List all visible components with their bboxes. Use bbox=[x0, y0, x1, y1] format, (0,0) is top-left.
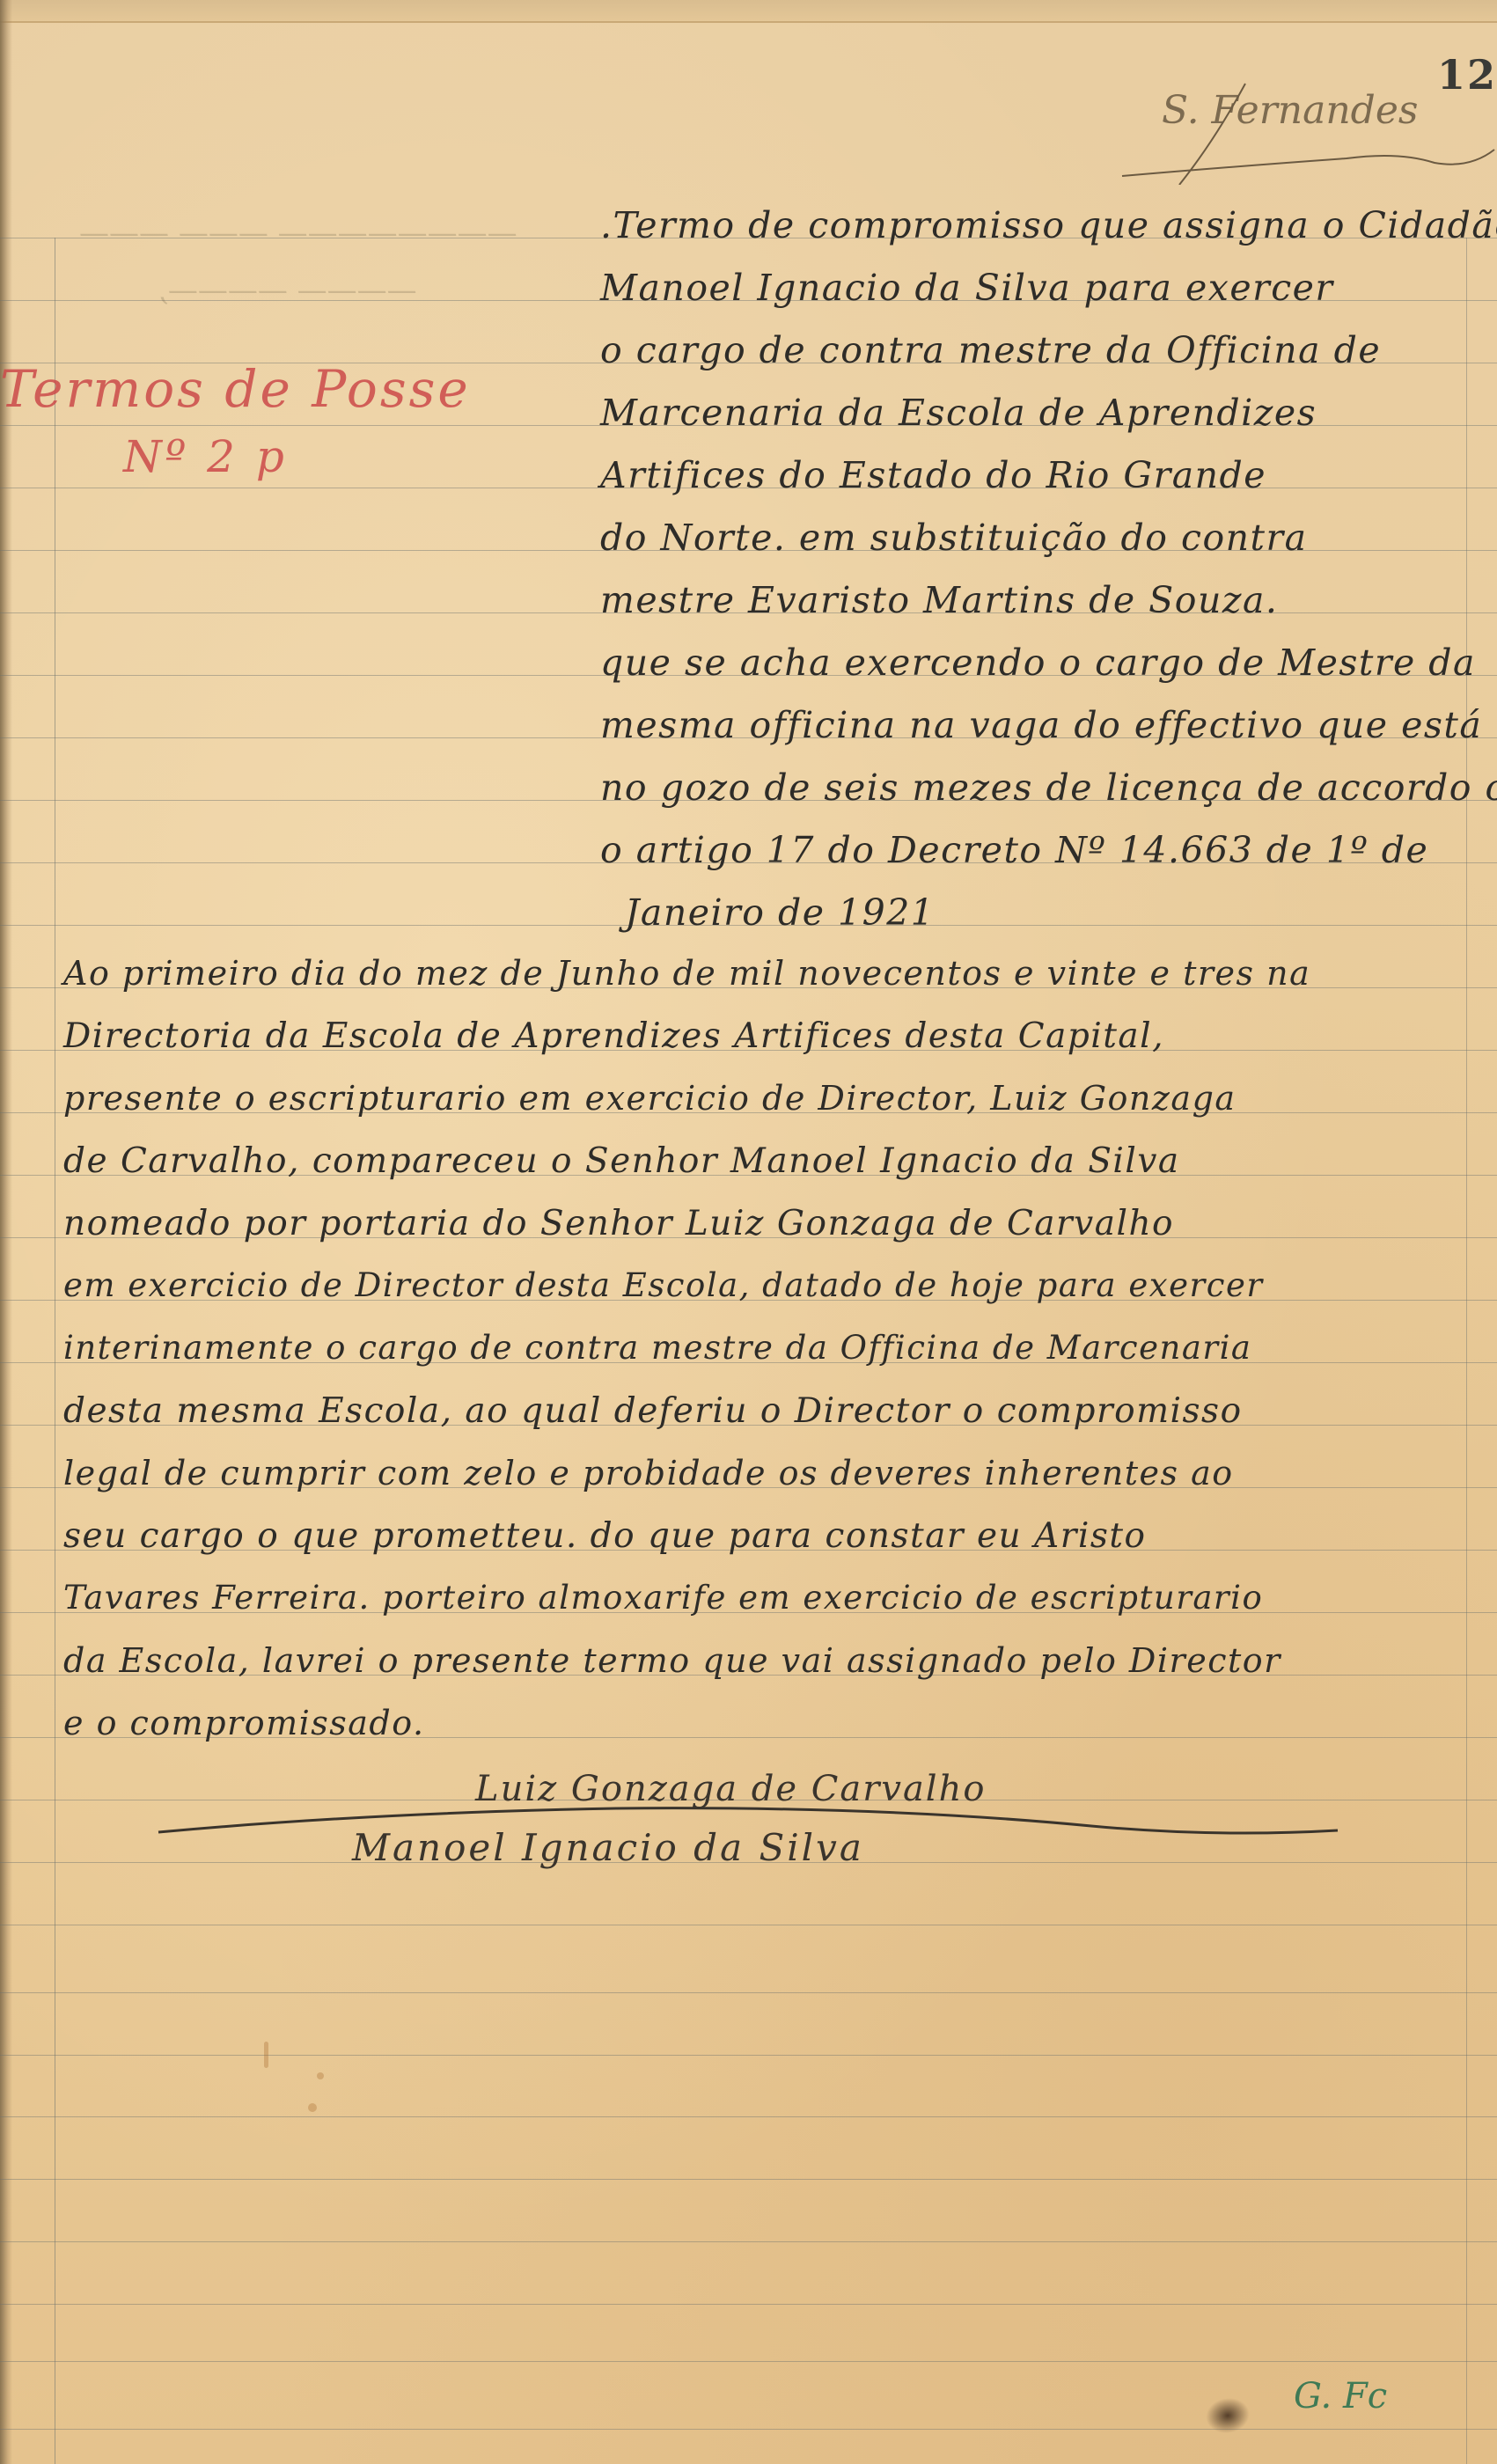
body-line: de Carvalho, compareceu o Senhor Manoel … bbox=[63, 1141, 1180, 1181]
body-line: Directoria da Escola de Aprendizes Artif… bbox=[63, 1016, 1164, 1056]
ruled-line bbox=[0, 2304, 1497, 2305]
ruled-line bbox=[0, 2055, 1497, 2056]
header-line: o artigo 17 do Decreto Nº 14.663 de 1º d… bbox=[600, 829, 1428, 871]
header-line: no gozo de seis mezes de licença de acco… bbox=[600, 766, 1497, 809]
right-margin-rule bbox=[1466, 238, 1467, 2464]
left-margin-rule bbox=[55, 238, 55, 2464]
body-line: seu cargo o que prometteu. do que para c… bbox=[63, 1516, 1146, 1556]
top-right-signature: S. Fernandes bbox=[1162, 88, 1418, 133]
ruled-line bbox=[0, 2179, 1497, 2180]
body-line: desta mesma Escola, ao qual deferiu o Di… bbox=[63, 1391, 1243, 1431]
header-line: Artifices do Estado do Rio Grande bbox=[600, 454, 1266, 496]
paper-stain bbox=[308, 2103, 317, 2112]
body-line: presente o escripturario em exercicio de… bbox=[63, 1079, 1236, 1118]
bottom-initials: G. Fc bbox=[1294, 2376, 1387, 2416]
header-line: que se acha exercendo o cargo de Mestre … bbox=[600, 642, 1476, 684]
header-line: Marcenaria da Escola de Aprendizes bbox=[600, 392, 1317, 434]
header-line: o cargo de contra mestre da Officina de bbox=[600, 329, 1381, 371]
director-signature: Luiz Gonzaga de Carvalho bbox=[475, 1769, 986, 1809]
margin-note-number: Nº 2 p bbox=[123, 431, 288, 482]
header-line: mesma officina na vaga do effectivo que … bbox=[600, 704, 1482, 746]
margin-note-title: Termos de Posse bbox=[0, 359, 471, 419]
body-line: legal de cumprir com zelo e probidade os… bbox=[63, 1454, 1234, 1492]
paper-stain bbox=[264, 2042, 268, 2068]
ruled-line bbox=[0, 2241, 1497, 2242]
ruled-line bbox=[0, 2361, 1497, 2362]
ruled-line bbox=[0, 2116, 1497, 2117]
ledger-page: ———————— ——— ——— ———— ————, 12 S. Fernan… bbox=[0, 0, 1497, 2464]
ink-smudge bbox=[1203, 2394, 1252, 2437]
body-line: Tavares Ferreira. porteiro almoxarife em… bbox=[63, 1579, 1263, 1617]
body-line: e o compromissado. bbox=[63, 1704, 425, 1742]
body-line: nomeado por portaria do Senhor Luiz Gonz… bbox=[63, 1204, 1174, 1243]
ruled-line bbox=[0, 1925, 1497, 1925]
appointee-signature: Manoel Ignacio da Silva bbox=[352, 1826, 864, 1869]
ruled-line bbox=[0, 1992, 1497, 1993]
body-line: Ao primeiro dia do mez de Junho de mil n… bbox=[63, 954, 1310, 993]
header-line: do Norte. em substituição do contra bbox=[600, 517, 1308, 559]
previous-page-edge bbox=[0, 0, 1497, 23]
paper-stain bbox=[317, 2072, 324, 2079]
header-line: Manoel Ignacio da Silva para exercer bbox=[600, 267, 1334, 309]
header-line: Janeiro de 1921 bbox=[625, 891, 935, 934]
header-line: mestre Evaristo Martins de Souza. bbox=[600, 579, 1278, 621]
body-line: da Escola, lavrei o presente termo que v… bbox=[63, 1641, 1281, 1680]
body-line: em exercicio de Director desta Escola, d… bbox=[63, 1266, 1264, 1304]
ruled-line bbox=[0, 2429, 1497, 2430]
bleed-through-text: ———————— ——— ——— bbox=[79, 216, 517, 251]
body-line: interinamente o cargo de contra mestre d… bbox=[63, 1329, 1251, 1367]
bleed-through-text: ———— ————, bbox=[158, 273, 417, 308]
header-line: .Termo de compromisso que assigna o Cida… bbox=[600, 204, 1497, 246]
